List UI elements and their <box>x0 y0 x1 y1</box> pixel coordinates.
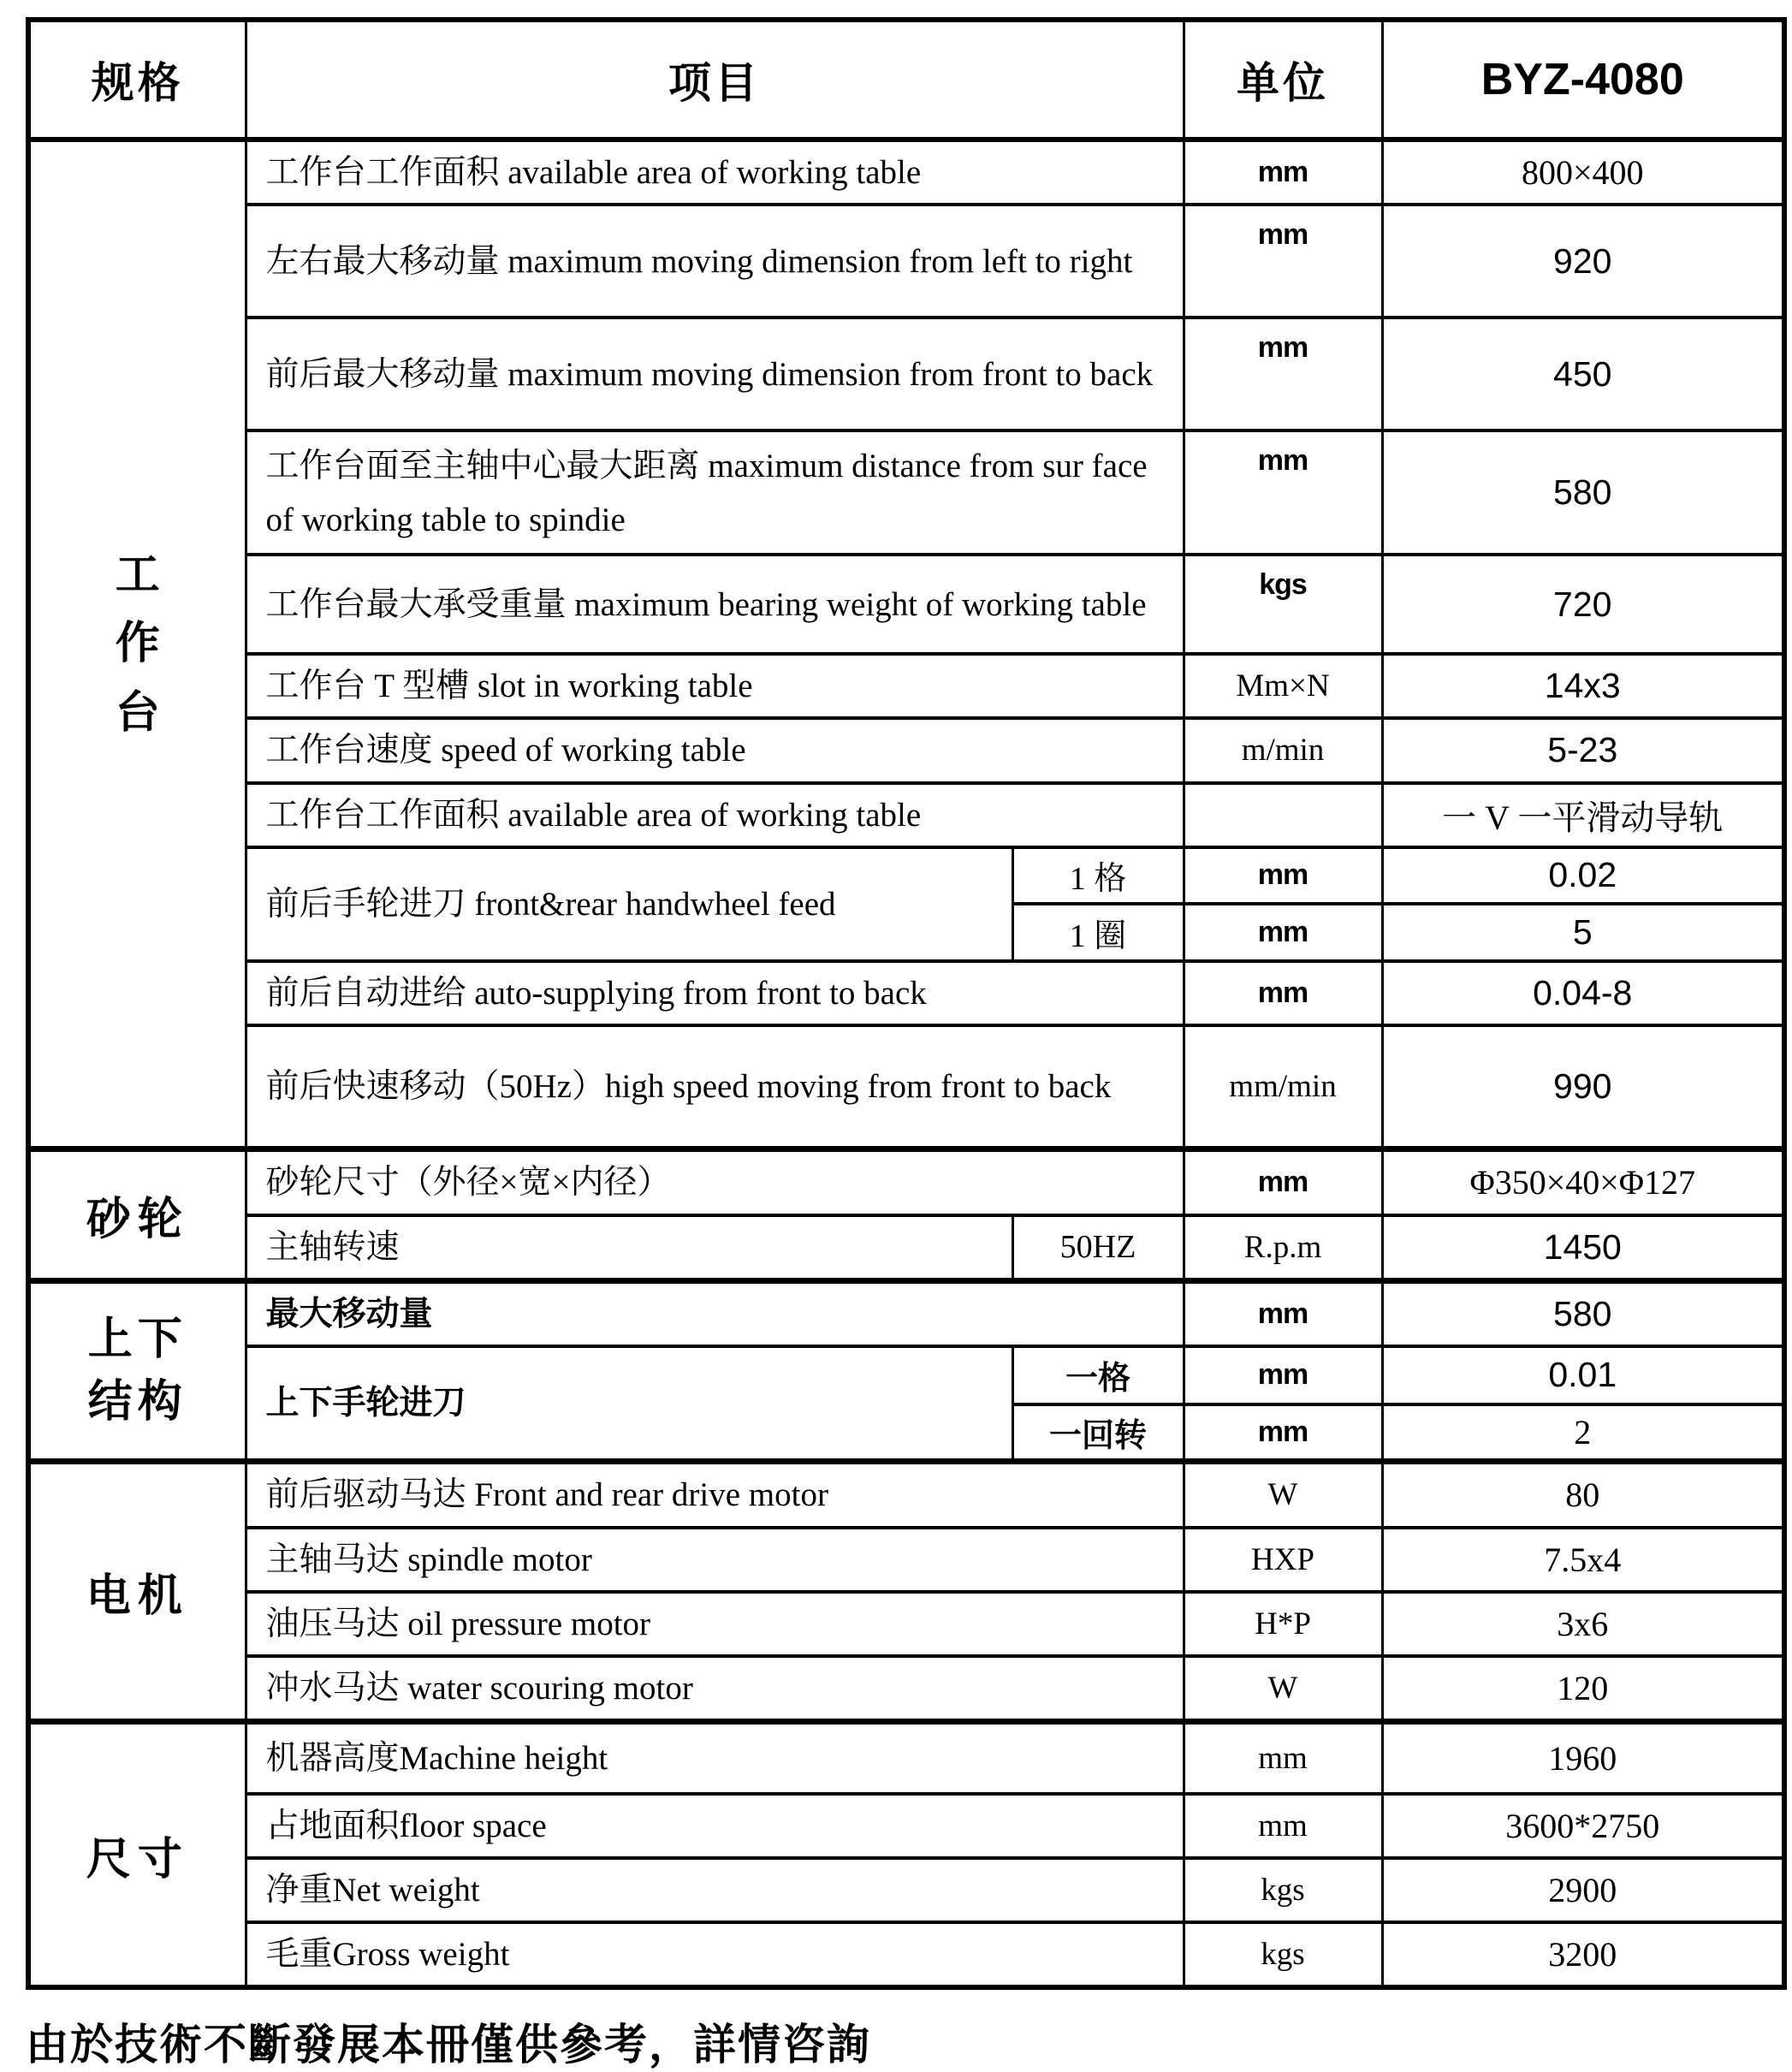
header-row: 规格 项目 单位 BYZ-4080 <box>28 20 1784 140</box>
row-machine-height: 尺寸 机器高度Machine height mm 1960 <box>28 1722 1784 1794</box>
r9-sub2-cell: 1 圈 <box>1012 904 1184 961</box>
r15-item-cell: 上下手轮进刀 <box>246 1346 1012 1462</box>
section-worktable: 工作台 <box>28 140 246 1149</box>
r15-unit2-cell: mm <box>1184 1404 1382 1462</box>
row-gross-weight: 毛重Gross weight kgs 3200 <box>28 1922 1784 1987</box>
row-drive-motor: 电机 前后驱动马达 Front and rear drive motor W 8… <box>28 1462 1784 1528</box>
r1-item-cell: 工作台工作面积 available area of working table <box>246 140 1184 205</box>
r23-value-cell: 3200 <box>1382 1922 1784 1987</box>
r9-unit2-cell: mm <box>1184 904 1382 961</box>
r2-item-cell: 左右最大移动量 maximum moving dimension from le… <box>246 205 1184 318</box>
row-handwheel-feed-grid: 前后手轮进刀 front&rear handwheel feed 1 格 mm … <box>28 847 1784 904</box>
r21-value-cell: 3600*2750 <box>1382 1794 1784 1858</box>
r4-item-cell: 工作台面至主轴中心最大距离 maximum distance from sur … <box>246 430 1184 555</box>
r17-item-cell: 主轴马达 spindle motor <box>246 1528 1184 1592</box>
r2-value-cell: 920 <box>1382 205 1784 318</box>
r10-value-cell: 0.04-8 <box>1382 961 1784 1025</box>
row-front-back-travel: 前后最大移动量 maximum moving dimension from fr… <box>28 318 1784 430</box>
row-spindle-speed: 主轴转速 50HZ R.p.m 1450 <box>28 1215 1784 1281</box>
r20-item-cell: 机器高度Machine height <box>246 1722 1184 1794</box>
r21-item-cell: 占地面积floor space <box>246 1794 1184 1858</box>
r10-unit-cell: mm <box>1184 961 1382 1025</box>
r18-item-cell: 油压马达 oil pressure motor <box>246 1592 1184 1656</box>
r19-item-cell: 冲水马达 water scouring motor <box>246 1656 1184 1722</box>
r10-item-cell: 前后自动进给 auto-supplying from front to back <box>246 961 1184 1025</box>
r15-value1-cell: 0.01 <box>1382 1346 1784 1404</box>
header-model: BYZ-4080 <box>1382 20 1784 140</box>
r12-unit-cell: mm <box>1184 1149 1382 1215</box>
r14-item-cell: 最大移动量 <box>246 1280 1184 1346</box>
r22-value-cell: 2900 <box>1382 1858 1784 1922</box>
r5-value-cell: 720 <box>1382 555 1784 654</box>
row-max-vertical-travel: 上下结构 最大移动量 mm 580 <box>28 1280 1784 1346</box>
r13-value-cell: 1450 <box>1382 1215 1784 1281</box>
section-worktable-label: 工作台 <box>113 541 163 748</box>
r19-unit-cell: W <box>1184 1656 1382 1722</box>
row-guideway: 工作台工作面积 available area of working table … <box>28 783 1784 847</box>
r3-value-cell: 450 <box>1382 318 1784 430</box>
row-table-speed: 工作台速度 speed of working table m/min 5-23 <box>28 718 1784 782</box>
row-bearing-weight: 工作台最大承受重量 maximum bearing weight of work… <box>28 555 1784 654</box>
r12-item-cell: 砂轮尺寸（外径×宽×内径） <box>246 1149 1184 1215</box>
row-net-weight: 净重Net weight kgs 2900 <box>28 1858 1784 1922</box>
section-wheel: 砂轮 <box>28 1149 246 1280</box>
r14-unit-cell: mm <box>1184 1280 1382 1346</box>
r11-item-cell: 前后快速移动（50Hz）high speed moving from front… <box>246 1025 1184 1149</box>
r3-unit-cell: mm <box>1184 318 1382 430</box>
row-floor-space: 占地面积floor space mm 3600*2750 <box>28 1794 1784 1858</box>
r2-unit-cell: mm <box>1184 205 1382 318</box>
section-dimension: 尺寸 <box>28 1722 246 1988</box>
r9-value2-cell: 5 <box>1382 904 1784 961</box>
row-spindle-motor: 主轴马达 spindle motor HXP 7.5x4 <box>28 1528 1784 1592</box>
r5-item-cell: 工作台最大承受重量 maximum bearing weight of work… <box>246 555 1184 654</box>
row-t-slot: 工作台 T 型槽 slot in working table Mm×N 14x3 <box>28 654 1784 718</box>
r16-unit-cell: W <box>1184 1462 1382 1528</box>
section-motor: 电机 <box>28 1462 246 1722</box>
r9-unit1-cell: mm <box>1184 847 1382 904</box>
section-dimension-label: 尺寸 <box>86 1835 189 1885</box>
r16-value-cell: 80 <box>1382 1462 1784 1528</box>
r4-unit-cell: mm <box>1184 430 1382 555</box>
disclaimer-note: 由於技術不斷發展本冊僅供參考，詳情咨詢 <box>26 2010 1768 2072</box>
r1-value-cell: 800×400 <box>1382 140 1784 205</box>
section-motor-label: 电机 <box>86 1571 189 1621</box>
r15-sub1-cell: 一格 <box>1012 1346 1184 1404</box>
r11-value-cell: 990 <box>1382 1025 1784 1149</box>
row-auto-feed: 前后自动进给 auto-supplying from front to back… <box>28 961 1784 1025</box>
row-table-to-spindle: 工作台面至主轴中心最大距离 maximum distance from sur … <box>28 430 1784 555</box>
r11-unit-cell: mm/min <box>1184 1025 1382 1149</box>
r17-value-cell: 7.5x4 <box>1382 1528 1784 1592</box>
r6-item-cell: 工作台 T 型槽 slot in working table <box>246 654 1184 718</box>
r16-item-cell: 前后驱动马达 Front and rear drive motor <box>246 1462 1184 1528</box>
r22-unit-cell: kgs <box>1184 1858 1382 1922</box>
r8-unit-cell <box>1184 783 1382 847</box>
r22-item-cell: 净重Net weight <box>246 1858 1184 1922</box>
r18-unit-cell: H*P <box>1184 1592 1382 1656</box>
r15-sub2-cell: 一回转 <box>1012 1404 1184 1462</box>
r19-value-cell: 120 <box>1382 1656 1784 1722</box>
r12-value-cell: Φ350×40×Φ127 <box>1382 1149 1784 1215</box>
r17-unit-cell: HXP <box>1184 1528 1382 1592</box>
r8-value-cell: 一 V 一平滑动导轨 <box>1382 783 1784 847</box>
header-item: 项目 <box>246 20 1184 140</box>
r3-item-cell: 前后最大移动量 maximum moving dimension from fr… <box>246 318 1184 430</box>
spec-sheet-page: 规格 项目 单位 BYZ-4080 工作台 工作台工作面积 available … <box>0 0 1792 2072</box>
header-spec: 规格 <box>28 20 246 140</box>
r14-value-cell: 580 <box>1382 1280 1784 1346</box>
r13-item-cell: 主轴转速 <box>246 1215 1012 1281</box>
row-left-right-travel: 左右最大移动量 maximum moving dimension from le… <box>28 205 1784 318</box>
r23-unit-cell: kgs <box>1184 1922 1382 1987</box>
r13-unit-cell: R.p.m <box>1184 1215 1382 1281</box>
r13-sub-cell: 50HZ <box>1012 1215 1184 1281</box>
row-wheel-size: 砂轮 砂轮尺寸（外径×宽×内径） mm Φ350×40×Φ127 <box>28 1149 1784 1215</box>
r1-unit-cell: mm <box>1184 140 1382 205</box>
r7-item-cell: 工作台速度 speed of working table <box>246 718 1184 782</box>
r20-value-cell: 1960 <box>1382 1722 1784 1794</box>
r21-unit-cell: mm <box>1184 1794 1382 1858</box>
r9-item-cell: 前后手轮进刀 front&rear handwheel feed <box>246 847 1012 961</box>
r18-value-cell: 3x6 <box>1382 1592 1784 1656</box>
section-vertical-label: 上下结构 <box>83 1309 193 1434</box>
r6-value-cell: 14x3 <box>1382 654 1784 718</box>
r9-value1-cell: 0.02 <box>1382 847 1784 904</box>
r15-unit1-cell: mm <box>1184 1346 1382 1404</box>
section-vertical: 上下结构 <box>28 1280 246 1462</box>
r20-unit-cell: mm <box>1184 1722 1382 1794</box>
r15-value2-cell: 2 <box>1382 1404 1784 1462</box>
row-oil-pressure-motor: 油压马达 oil pressure motor H*P 3x6 <box>28 1592 1784 1656</box>
r9-sub1-cell: 1 格 <box>1012 847 1184 904</box>
section-wheel-label: 砂轮 <box>86 1195 189 1244</box>
header-unit: 单位 <box>1184 20 1382 140</box>
r6-unit-cell: Mm×N <box>1184 654 1382 718</box>
spec-table: 规格 项目 单位 BYZ-4080 工作台 工作台工作面积 available … <box>26 17 1787 1990</box>
row-water-scouring-motor: 冲水马达 water scouring motor W 120 <box>28 1656 1784 1722</box>
r7-value-cell: 5-23 <box>1382 718 1784 782</box>
r5-unit-cell: kgs <box>1184 555 1382 654</box>
r4-value-cell: 580 <box>1382 430 1784 555</box>
row-working-area: 工作台 工作台工作面积 available area of working ta… <box>28 140 1784 205</box>
r7-unit-cell: m/min <box>1184 718 1382 782</box>
row-high-speed-moving: 前后快速移动（50Hz）high speed moving from front… <box>28 1025 1784 1149</box>
r23-item-cell: 毛重Gross weight <box>246 1922 1184 1987</box>
row-vertical-handwheel-grid: 上下手轮进刀 一格 mm 0.01 <box>28 1346 1784 1404</box>
r8-item-cell: 工作台工作面积 available area of working table <box>246 783 1184 847</box>
